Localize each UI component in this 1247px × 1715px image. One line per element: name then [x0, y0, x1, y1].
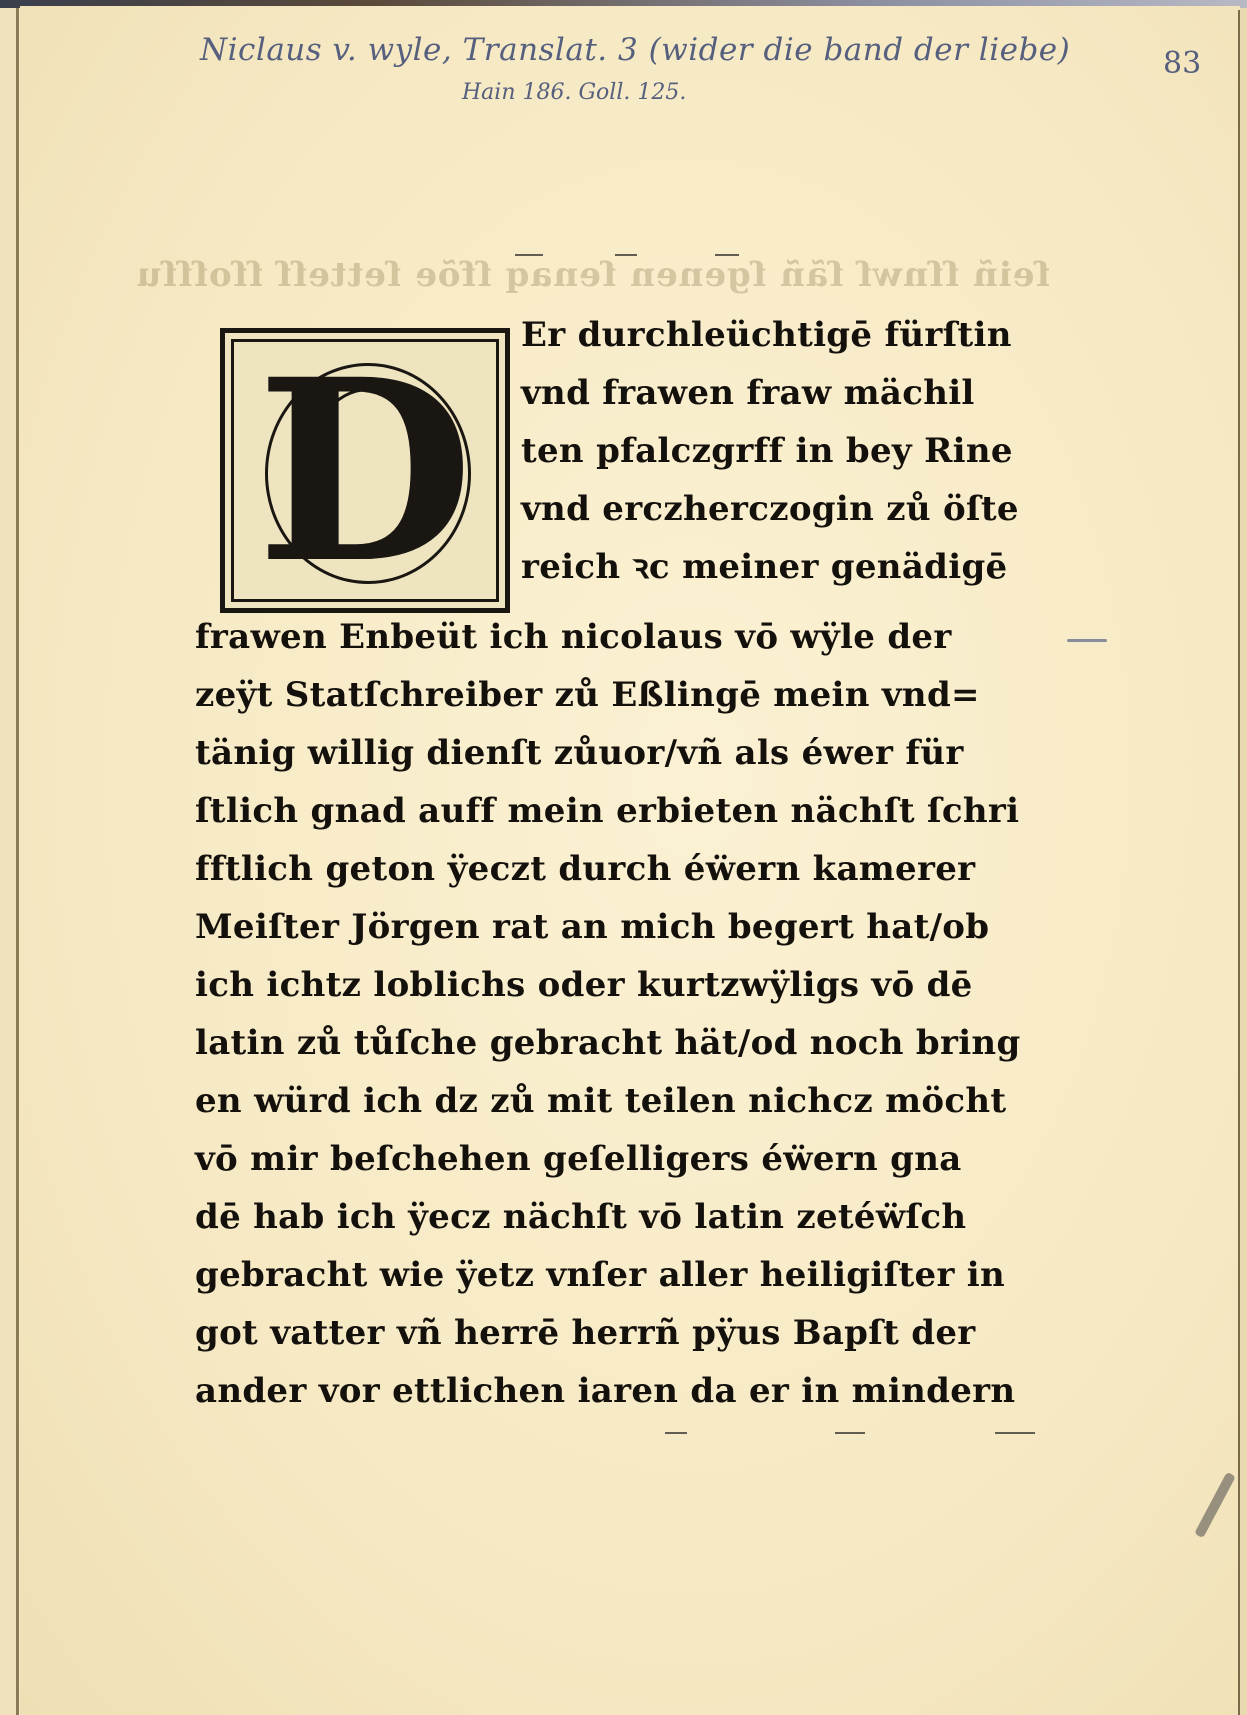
- text-line: vō mir beſchehen geſelligers éẅern gna: [195, 1136, 962, 1182]
- initial-letter: D: [225, 333, 505, 608]
- folio-number: 83: [1163, 46, 1201, 81]
- text-line: ich ichtz loblichs oder kurtzwÿligs vō d…: [195, 962, 973, 1008]
- facing-page-edge: [0, 8, 16, 1715]
- text-line: reich ꝛc meiner genädigē: [521, 544, 1007, 590]
- handwritten-annotation-reference: Hain 186. Goll. 125.: [462, 80, 686, 105]
- print-mark: [995, 1432, 1035, 1434]
- text-line: vnd frawen fraw mächil: [521, 370, 975, 416]
- text-line: vnd erczherczogin zů öſte: [521, 486, 1019, 532]
- margin-pencil-mark: [1067, 639, 1107, 642]
- print-mark: [665, 1432, 687, 1434]
- text-line: latin zů tůſche gebracht hät/od noch bri…: [195, 1020, 1021, 1066]
- print-mark: [515, 254, 543, 256]
- text-line: dē hab ich ÿecz nächſt vō latin zetéẅſch: [195, 1194, 966, 1240]
- illuminated-initial: D: [220, 328, 510, 613]
- gutter-line: [16, 8, 19, 1715]
- text-line: zeÿt Statſchreiber zů Eßlingē mein vnd=: [195, 672, 980, 718]
- text-line: gebracht wie ÿetz vnſer aller heiligiſte…: [195, 1252, 1005, 1298]
- text-line: frawen Enbeüt ich nicolaus vō wÿle der: [195, 614, 952, 660]
- text-line: ander vor ettlichen iaren da er in minde…: [195, 1368, 1015, 1414]
- text-line: ſtlich gnad auff mein erbieten nächſt ſc…: [195, 788, 1019, 834]
- text-line: ten pfalczgrff in bey Rine: [521, 428, 1013, 474]
- text-line: Meiſter Jörgen rat an mich begert hat/ob: [195, 904, 989, 950]
- print-mark: [615, 254, 637, 256]
- text-line: Er durchleüchtigē fürſtin: [521, 312, 1012, 358]
- next-leaf-edge: [1240, 8, 1247, 1715]
- print-mark: [715, 254, 739, 256]
- text-line: fftlich geton ÿeczt durch éẅern kamerer: [195, 846, 975, 892]
- show-through-text: ſeiñ ſſnwſ ſãñ ſgenen ſenaq ſfõe ſetteſſ…: [200, 255, 1050, 295]
- text-line: en würd ich dz zů mit teilen nichcz möch…: [195, 1078, 1006, 1124]
- print-mark: [835, 1432, 865, 1434]
- text-line: tänig willig dienſt zůuor/vñ als éwer fü…: [195, 730, 964, 776]
- text-line: got vatter vñ herrē herrñ pÿus Bapſt der: [195, 1310, 976, 1356]
- handwritten-annotation-title: Niclaus v. wyle, Translat. 3 (wider die …: [200, 32, 1070, 68]
